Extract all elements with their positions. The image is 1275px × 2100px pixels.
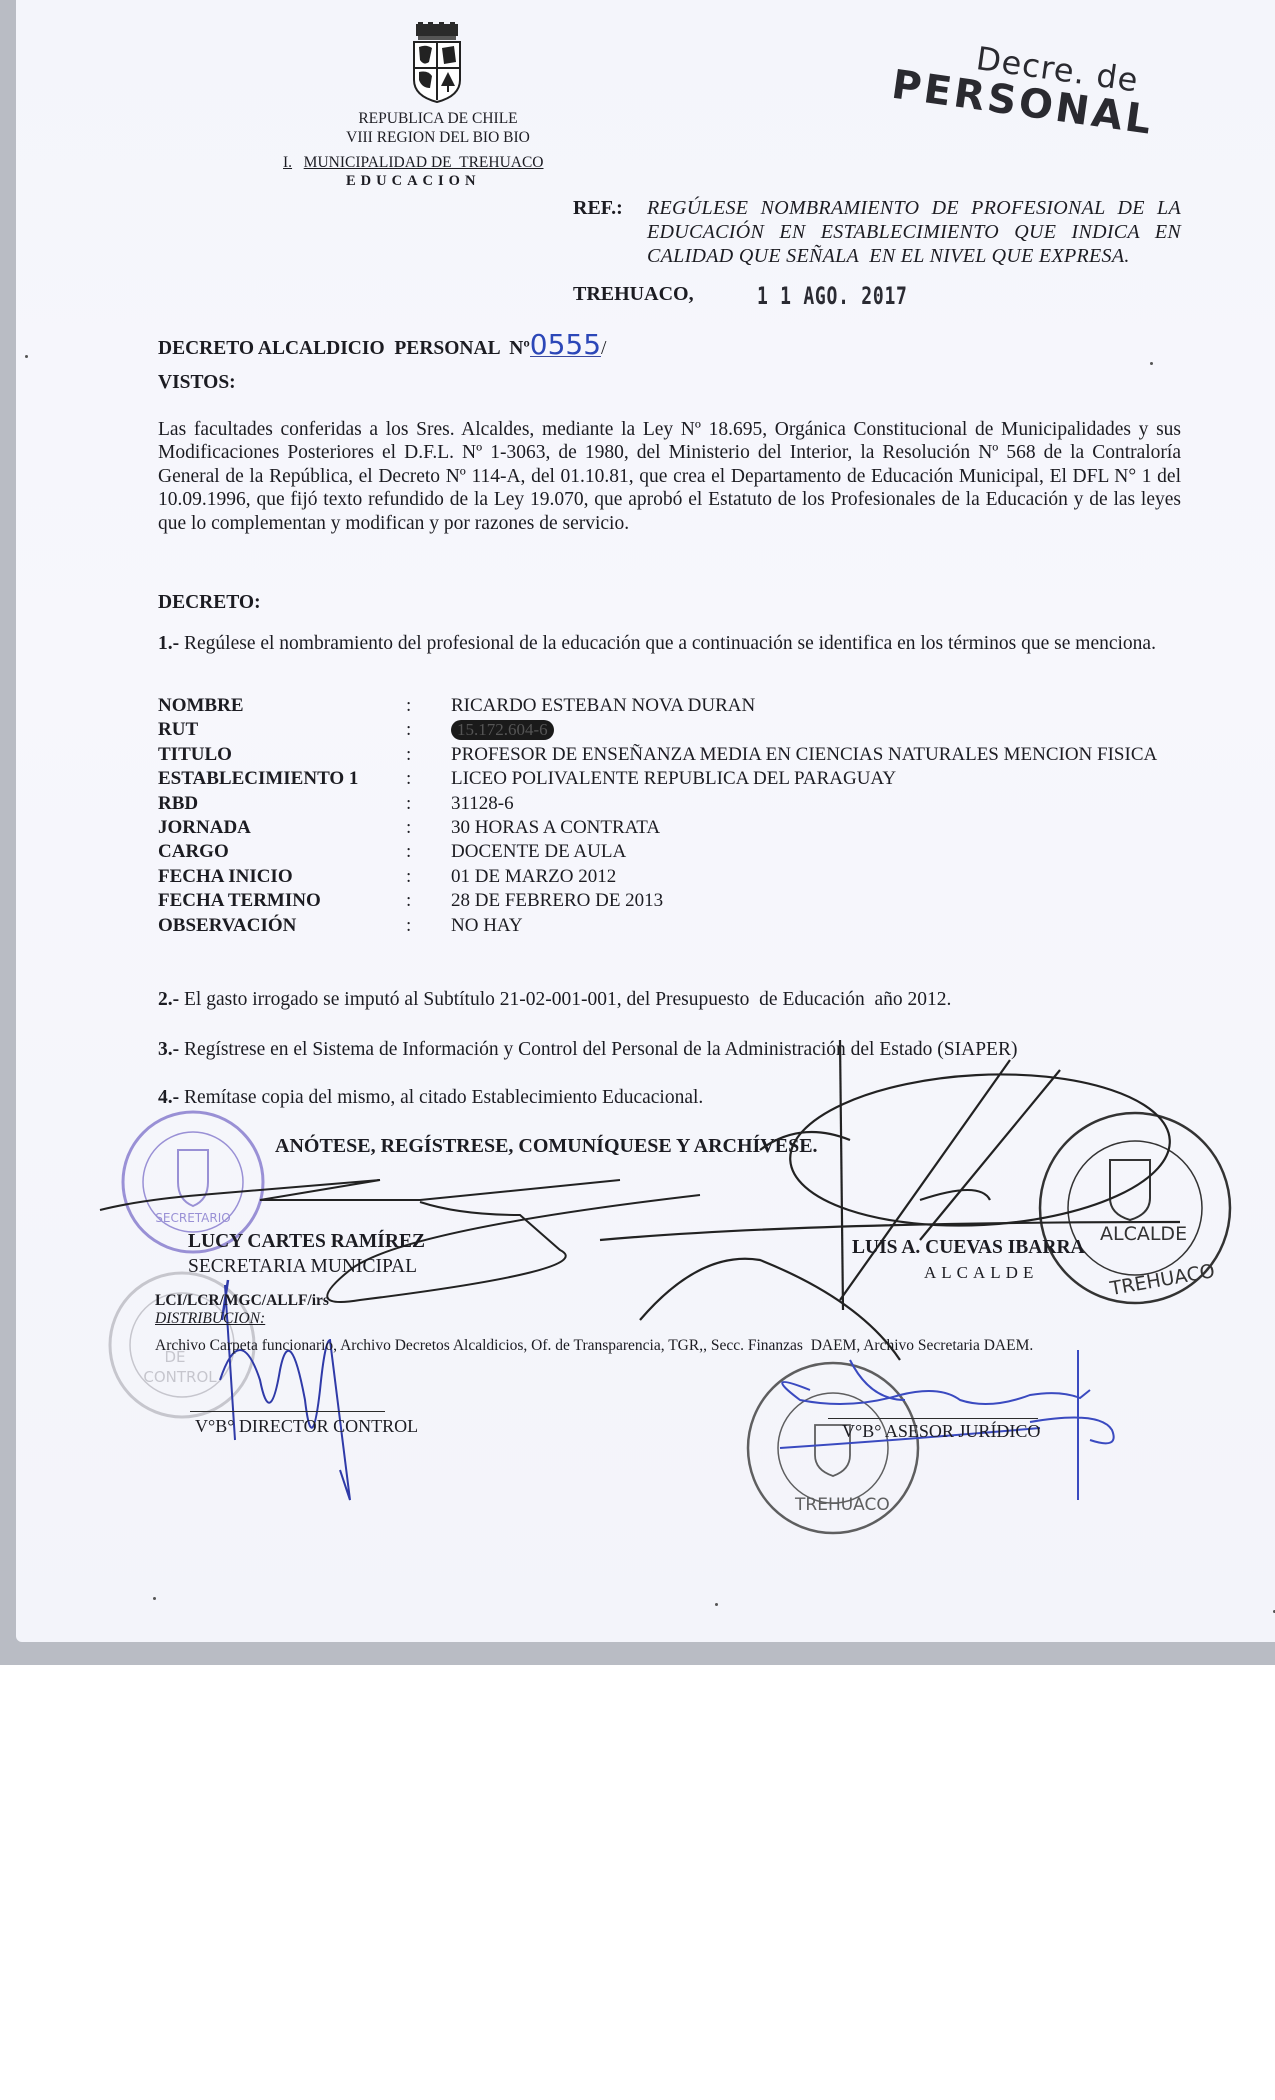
item-2-number: 2.- — [158, 989, 179, 1010]
table-row: NOMBRE:RICARDO ESTEBAN NOVA DURAN — [158, 695, 1188, 719]
coat-of-arms-icon — [404, 22, 470, 104]
field-separator: : — [406, 915, 411, 937]
item-1-number: 1.- — [158, 633, 179, 654]
mayor-role: ALCALDE — [924, 1263, 1038, 1283]
date-stamp: 1 1 AGO. 2017 — [757, 282, 908, 310]
table-row: JORNADA:30 HORAS A CONTRATA — [158, 817, 1188, 841]
item-4-number: 4.- — [158, 1087, 179, 1108]
municipality-name: MUNICIPALIDAD DE TREHUACO — [304, 154, 544, 171]
item-2-text: El gasto irrogado se imputó al Subtítulo… — [179, 989, 951, 1010]
vistos-paragraph: Las facultades conferidas a los Sres. Al… — [158, 418, 1181, 535]
field-label: OBSERVACIÓN — [158, 915, 296, 937]
field-value: 01 DE MARZO 2012 — [451, 866, 616, 888]
table-row: RUT:15.172.604-6 — [158, 719, 1188, 743]
field-separator: : — [406, 841, 411, 863]
field-label: NOMBRE — [158, 695, 244, 717]
legal-approval: V°B° ASESOR JURÍDICO — [842, 1421, 1040, 1442]
field-value: RICARDO ESTEBAN NOVA DURAN — [451, 695, 755, 717]
scan-speck — [153, 1597, 156, 1600]
item-1-text: Regúlese el nombramiento del profesional… — [179, 633, 1156, 654]
ref-line-1: REGÚLESE NOMBRAMIENTO DE PROFESIONAL DE … — [647, 196, 1181, 220]
field-value: 30 HORAS A CONTRATA — [451, 817, 660, 839]
decree-number-handwritten: 0555 — [530, 334, 601, 357]
field-label: TITULO — [158, 744, 232, 766]
field-separator: : — [406, 719, 411, 741]
city-label: TREHUACO, — [573, 283, 694, 306]
ref-label: REF.: — [573, 197, 623, 220]
control-approval: V°B° DIRECTOR CONTROL — [195, 1416, 418, 1437]
closing-formula: ANÓTESE, REGÍSTRESE, COMUNÍQUESE Y ARCHÍ… — [275, 1135, 818, 1158]
field-separator: : — [406, 744, 411, 766]
header-region: VIII REGION DEL BIO BIO — [258, 129, 618, 147]
secretary-name: LUCY CARTES RAMÍREZ — [188, 1231, 425, 1253]
field-label: RUT — [158, 719, 198, 741]
ref-line-2: EDUCACIÓN EN ESTABLECIMIENTO QUE INDICA … — [647, 220, 1181, 244]
scan-speck — [25, 355, 28, 358]
appointment-details-table: NOMBRE:RICARDO ESTEBAN NOVA DURAN RUT:15… — [158, 695, 1188, 939]
distribution-list: Archivo Carpeta funcionario, Archivo Dec… — [155, 1337, 1033, 1355]
table-row: RBD:31128-6 — [158, 793, 1188, 817]
decree-item-2: 2.- El gasto irrogado se imputó al Subtí… — [158, 989, 951, 1011]
decree-item-4: 4.- Remítase copia del mismo, al citado … — [158, 1087, 703, 1109]
field-value-redacted: 15.172.604-6 — [451, 719, 554, 741]
decree-slash: / — [601, 338, 606, 359]
header-municipality: I. MUNICIPALIDAD DE TREHUACO — [283, 154, 544, 172]
scan-speck — [1150, 362, 1153, 365]
item-3-text: Regístrese en el Sistema de Información … — [179, 1039, 1017, 1060]
ref-line-3: CALIDAD QUE SEÑALA EN EL NIVEL QUE EXPRE… — [647, 244, 1181, 268]
field-label: JORNADA — [158, 817, 251, 839]
redacted-rut: 15.172.604-6 — [451, 720, 554, 740]
field-label: CARGO — [158, 841, 229, 863]
mayor-name: LUIS A. CUEVAS IBARRA — [852, 1237, 1085, 1259]
field-value: 31128-6 — [451, 793, 514, 815]
decreto-heading: DECRETO: — [158, 592, 261, 614]
field-value: PROFESOR DE ENSEÑANZA MEDIA EN CIENCIAS … — [451, 744, 1157, 766]
ref-text: REGÚLESE NOMBRAMIENTO DE PROFESIONAL DE … — [647, 196, 1181, 268]
field-label: FECHA TERMINO — [158, 890, 321, 912]
header-country: REPUBLICA DE CHILE — [258, 110, 618, 128]
field-separator: : — [406, 695, 411, 717]
municipality-prefix: I. — [283, 154, 292, 171]
distribution-heading: DISTRIBUCION: — [155, 1310, 265, 1328]
field-label: RBD — [158, 793, 198, 815]
table-row: CARGO:DOCENTE DE AULA — [158, 841, 1188, 865]
field-label: FECHA INICIO — [158, 866, 293, 888]
item-3-number: 3.- — [158, 1039, 179, 1060]
field-value: 28 DE FEBRERO DE 2013 — [451, 890, 663, 912]
legal-signature-line — [828, 1418, 1038, 1419]
table-row: FECHA TERMINO:28 DE FEBRERO DE 2013 — [158, 890, 1188, 914]
table-row: ESTABLECIMIENTO 1:LICEO POLIVALENTE REPU… — [158, 768, 1188, 792]
field-value: NO HAY — [451, 915, 523, 937]
decree-title-text: DECRETO ALCALDICIO PERSONAL Nº — [158, 338, 530, 359]
item-4-text: Remítase copia del mismo, al citado Esta… — [179, 1087, 703, 1108]
secretary-role: SECRETARIA MUNICIPAL — [188, 1256, 417, 1278]
header-department: EDUCACION — [346, 173, 480, 190]
field-separator: : — [406, 817, 411, 839]
table-row: FECHA INICIO:01 DE MARZO 2012 — [158, 866, 1188, 890]
field-label: ESTABLECIMIENTO 1 — [158, 768, 358, 790]
field-value: LICEO POLIVALENTE REPUBLICA DEL PARAGUAY — [451, 768, 896, 790]
table-row: TITULO:PROFESOR DE ENSEÑANZA MEDIA EN CI… — [158, 744, 1188, 768]
control-signature-line — [190, 1411, 385, 1412]
field-separator: : — [406, 866, 411, 888]
field-separator: : — [406, 793, 411, 815]
scan-speck — [715, 1603, 718, 1606]
field-value: DOCENTE DE AULA — [451, 841, 626, 863]
decree-item-1: 1.- Regúlese el nombramiento del profesi… — [158, 632, 1181, 656]
decree-title: DECRETO ALCALDICIO PERSONAL Nº0555/ — [158, 334, 606, 360]
initials-text: LCI/LCR/MGC/ALLF/irs — [155, 1292, 329, 1309]
vistos-heading: VISTOS: — [158, 372, 236, 394]
table-row: OBSERVACIÓN:NO HAY — [158, 915, 1188, 939]
distribution-initials: LCI/LCR/MGC/ALLF/irs — [155, 1292, 329, 1310]
decree-item-3: 3.- Regístrese en el Sistema de Informac… — [158, 1039, 1017, 1061]
field-separator: : — [406, 768, 411, 790]
field-separator: : — [406, 890, 411, 912]
